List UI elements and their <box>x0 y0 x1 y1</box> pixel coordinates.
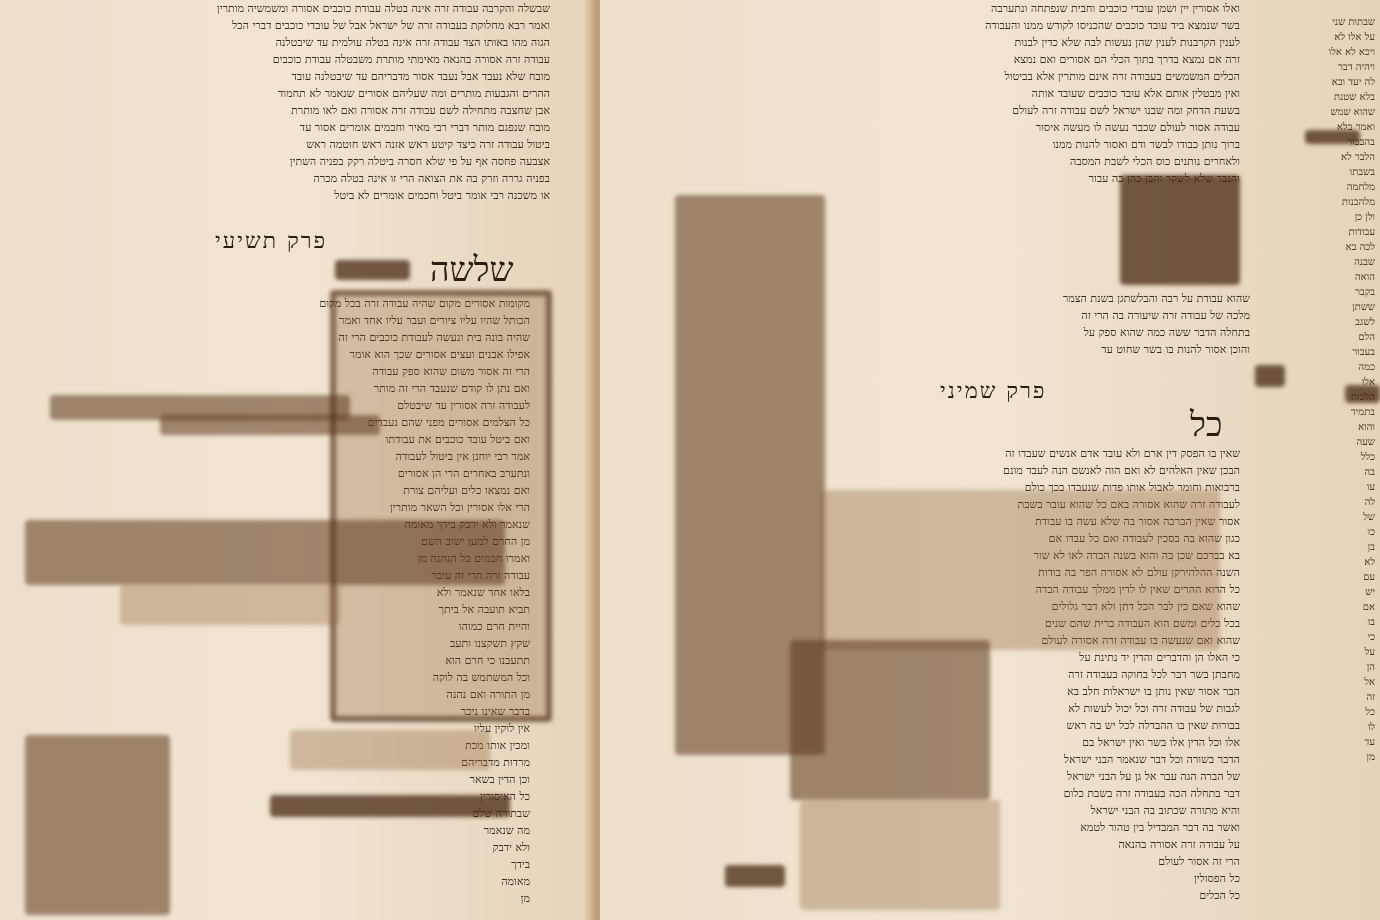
ink-stain <box>1120 175 1240 285</box>
left-chapter-heading: פרק תשיעי <box>215 228 327 254</box>
right-text-top: ואלו אסורין יין ושמן עובדי כוכבים וחבית … <box>680 0 1240 200</box>
left-section-word: שלשה <box>430 250 514 290</box>
right-text-mid: שהוא עבודת על רבה והבלשתגן בשנת הצמר מלכ… <box>830 290 1250 380</box>
left-page: שבשלה והקרבה עבודה זרה אינה בטלה עבודת כ… <box>0 0 595 920</box>
ink-stain <box>25 520 505 585</box>
ink-stain <box>120 585 340 625</box>
ink-stain <box>25 735 170 915</box>
left-text-top: שבשלה והקרבה עבודה זרה אינה בטלה עבודת כ… <box>30 0 550 210</box>
ink-stain <box>725 865 785 887</box>
ink-stain <box>820 490 1220 650</box>
ink-stain <box>160 415 380 435</box>
ink-stain <box>290 730 490 770</box>
right-chapter-heading: פרק שמיני <box>940 378 1046 404</box>
ink-stain <box>1255 365 1285 387</box>
ink-stain <box>790 640 990 800</box>
ink-stain <box>330 290 552 722</box>
ink-stain <box>1345 385 1380 403</box>
ink-stain <box>335 260 410 280</box>
right-page: ואלו אסורין יין ושמן עובדי כוכבים וחבית … <box>600 0 1380 920</box>
ink-stain <box>270 795 510 817</box>
ink-stain <box>1305 130 1360 144</box>
right-margin-column: שבתות שני על אלו לא ויכא לא אלו ויהיה דב… <box>1260 15 1375 915</box>
right-opening-word: כל <box>1190 405 1223 445</box>
ink-stain <box>800 800 1000 910</box>
